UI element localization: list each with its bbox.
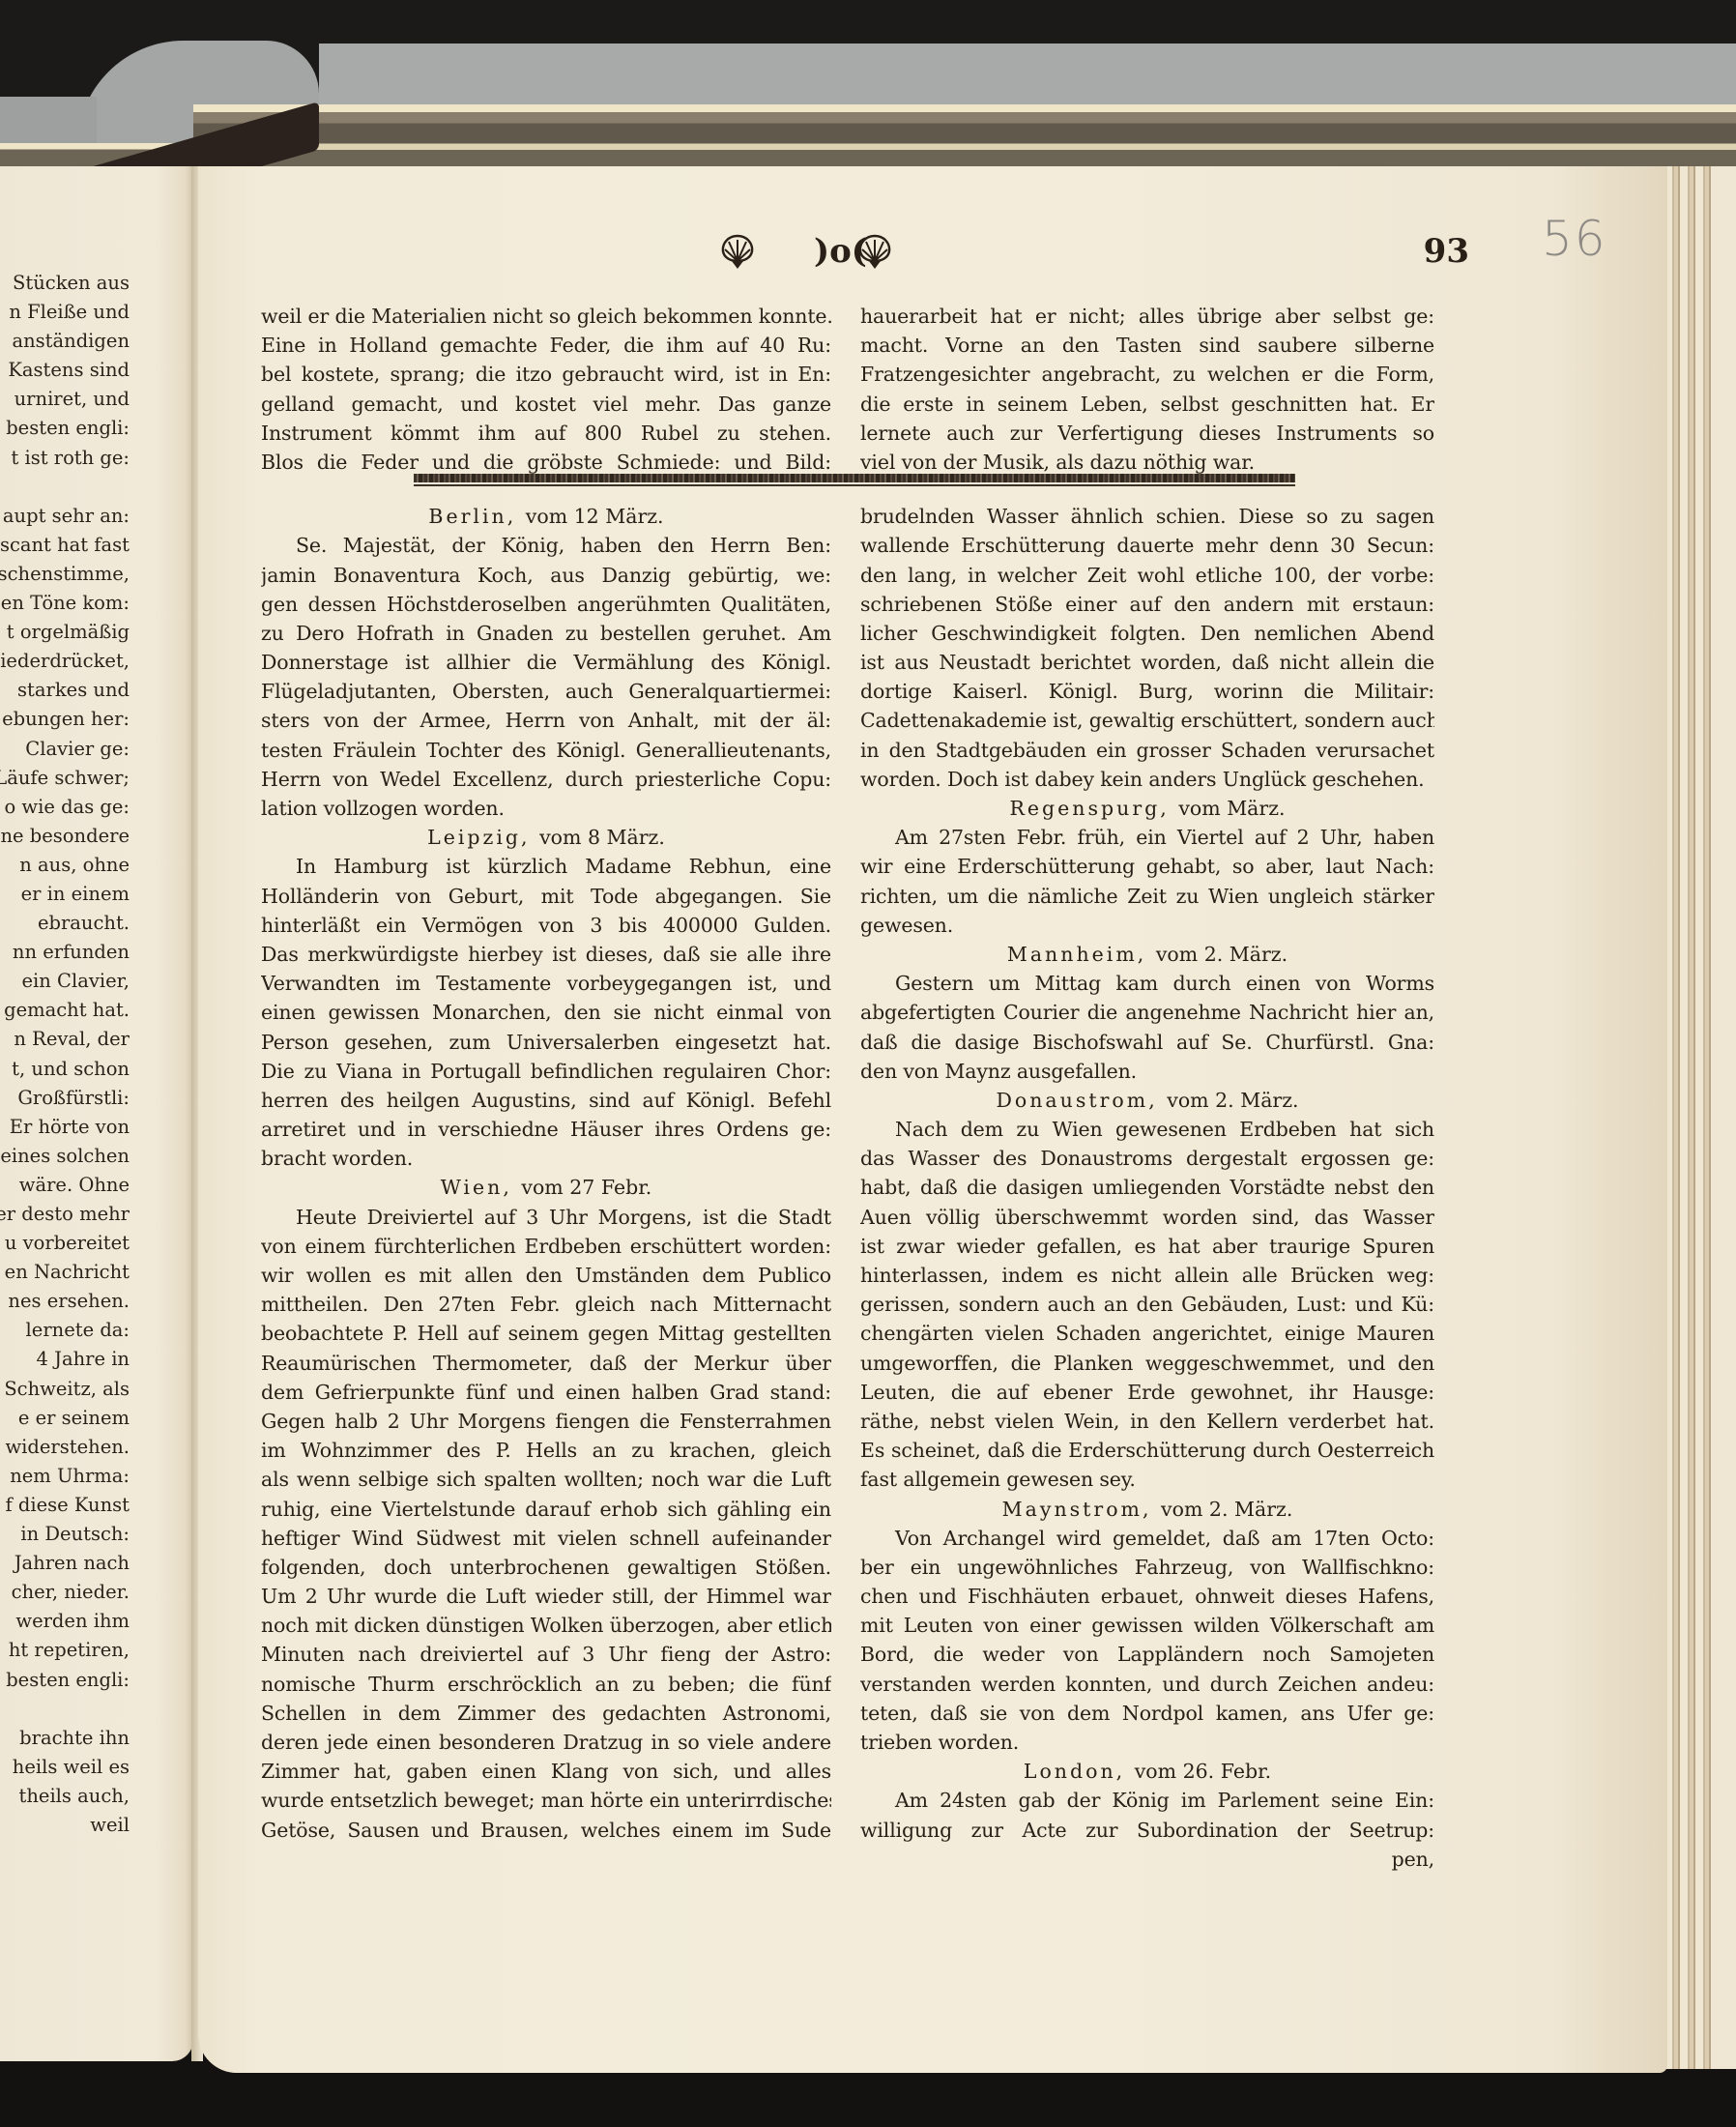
fragment-line: Großfürstli: — [0, 1084, 130, 1113]
text-line: richten, um die nämliche Zeit zu Wien un… — [860, 882, 1434, 911]
text-line: teten, daß sie von dem Nordpol kamen, an… — [860, 1699, 1434, 1728]
text-line: hauerarbeit hat er nicht; alles übrige a… — [860, 302, 1434, 331]
text-line: Es scheinet, daß die Erderschütterung du… — [860, 1436, 1434, 1465]
fragment-line: en Nachricht — [0, 1258, 130, 1287]
text-line: einen gewissen Monarchen, den sie nicht … — [261, 998, 831, 1027]
text-line: nomische Thurm erschröcklich an zu beben… — [261, 1670, 831, 1699]
fragment-line: nes ersehen. — [0, 1287, 130, 1316]
text-line: schriebenen Stöße einer auf den andern m… — [860, 590, 1434, 619]
text-line: wir wollen es mit allen den Umständen de… — [261, 1261, 831, 1290]
text-line: wir eine Erderschütterung gehabt, so abe… — [860, 852, 1434, 881]
fragment-line: n Fleiße und — [0, 298, 130, 327]
article-dateline: Berlin, vom 12 März. — [261, 502, 831, 531]
text-line: Heute Dreiviertel auf 3 Uhr Morgens, ist… — [261, 1203, 831, 1232]
fragment-line: Stücken aus — [0, 269, 130, 298]
dateline-place: Regenspurg, — [1009, 797, 1169, 820]
text-line: den von Maynz ausgefallen. — [860, 1057, 1434, 1086]
fragment-line: werden ihm — [0, 1607, 130, 1636]
text-line: Cadettenakademie ist, gewaltig erschütte… — [860, 706, 1434, 735]
text-line: Minuten nach dreiviertel auf 3 Uhr fieng… — [261, 1640, 831, 1669]
fragment-line: ht repetiren, — [0, 1636, 130, 1665]
text-line: bel kostete, sprang; die itzo gebraucht … — [261, 360, 831, 389]
fragment-line: t ist roth ge: — [0, 444, 130, 473]
rule-spacer — [860, 477, 1434, 502]
fragment-line: n aus, ohne — [0, 851, 130, 880]
dateline-date: vom 12 März. — [526, 505, 664, 528]
fragment-line: eines solchen — [0, 1142, 130, 1171]
text-line: habt, daß die dasigen umliegenden Vorstä… — [860, 1173, 1434, 1202]
text-line: Getöse, Sausen und Brausen, welches eine… — [261, 1816, 831, 1845]
fragment-line: heils weil es — [0, 1753, 130, 1782]
text-line: räthe, nebst vielen Wein, in den Kellern… — [860, 1407, 1434, 1436]
article-dateline: Maynstrom, vom 2. März. — [860, 1495, 1434, 1524]
text-line: arretiret und in verschiedne Häuser ihre… — [261, 1115, 831, 1144]
fragment-line: Er hörte von — [0, 1113, 130, 1142]
text-line: brudelnden Wasser ähnlich schien. Diese … — [860, 502, 1434, 531]
text-line: willigung zur Acte zur Subordination der… — [860, 1816, 1434, 1845]
text-line: lernete auch zur Verfertigung dieses Ins… — [860, 419, 1434, 448]
text-line: umgeworffen, die Planken weggeschwemmet,… — [860, 1349, 1434, 1378]
text-line: Das merkwürdigste hierbey ist dieses, da… — [261, 940, 831, 969]
text-line: im Wohnzimmer des P. Hells an zu krachen… — [261, 1436, 831, 1465]
text-line: Gegen halb 2 Uhr Morgens fiengen die Fen… — [261, 1407, 831, 1436]
fragment-line: u vorbereitet — [0, 1229, 130, 1258]
pencil-folio-number: 56 — [1542, 211, 1607, 267]
text-line: wallende Erschütterung dauerte mehr denn… — [860, 531, 1434, 560]
dateline-date: vom 8 März. — [539, 826, 665, 849]
page-fore-edge-outer — [1711, 166, 1736, 2069]
text-line: gen dessen Höchstderoselben angerühmten … — [261, 590, 831, 619]
fragment-line: widerstehen. — [0, 1433, 130, 1462]
text-line: dem Gefrierpunkte fünf und einen halben … — [261, 1378, 831, 1407]
article-dateline: Donaustrom, vom 2. März. — [860, 1086, 1434, 1115]
text-line: Instrument kömmt ihm auf 800 Rubel zu st… — [261, 419, 831, 448]
text-line: herren des heilgen Augustins, sind auf K… — [261, 1086, 831, 1115]
fragment-line: nem Uhrma: — [0, 1462, 130, 1491]
text-line: hinterläßt ein Vermögen von 3 bis 400000… — [261, 911, 831, 940]
article-dateline: Mannheim, vom 2. März. — [860, 940, 1434, 969]
fragment-line: gemacht hat. — [0, 996, 130, 1025]
text-line: zu Dero Hofrath in Gnaden zu bestellen g… — [261, 619, 831, 648]
text-line: ber ein ungewöhnliches Fahrzeug, von Wal… — [860, 1553, 1434, 1582]
fragment-line: er desto mehr — [0, 1200, 130, 1229]
catchword: pen, — [860, 1845, 1434, 1874]
running-header: )o( 93 — [720, 232, 1469, 277]
dateline-date: vom 2. März. — [1161, 1498, 1292, 1521]
text-line: als wenn selbige sich spalten wollten; n… — [261, 1465, 831, 1494]
fragment-line: 4 Jahre in — [0, 1345, 130, 1374]
text-line: deren jede einen besonderen Dratzug in s… — [261, 1728, 831, 1757]
fragment-line: ein Clavier, — [0, 967, 130, 996]
fragment-line: n Reval, der — [0, 1025, 130, 1054]
fragment-line: ebungen her: — [0, 705, 130, 734]
text-line: Zimmer hat, gaben einen Klang von sich, … — [261, 1757, 831, 1786]
text-line: bracht worden. — [261, 1144, 831, 1173]
text-line: weil er die Materialien nicht so gleich … — [261, 302, 831, 331]
fragment-line: starkes und — [0, 676, 130, 705]
dateline-place: Maynstrom, — [1002, 1498, 1152, 1521]
fragment-line: ischenstimme, — [0, 560, 130, 589]
article-dateline: Leipzig, vom 8 März. — [261, 823, 831, 852]
article-dateline: Wien, vom 27 Febr. — [261, 1173, 831, 1202]
text-line: Person gesehen, zum Universalerben einge… — [261, 1028, 831, 1057]
dateline-date: vom 26. Febr. — [1135, 1760, 1271, 1783]
fragment-line: scant hat fast — [0, 531, 130, 560]
fragment-line: anständigen — [0, 327, 130, 356]
text-line: gerissen, sondern auch an den Gebäuden, … — [860, 1290, 1434, 1319]
text-line: Auen völlig überschwemmt worden sind, da… — [860, 1203, 1434, 1232]
text-line: Fratzengesichter angebracht, zu welchen … — [860, 360, 1434, 389]
text-line: Se. Majestät, der König, haben den Herrn… — [261, 531, 831, 560]
fragment-line: theils auch, — [0, 1782, 130, 1811]
fragment-line: brachte ihn — [0, 1724, 130, 1753]
fragment-line: niederdrücket, — [0, 647, 130, 676]
text-line: mittheilen. Den 27ten Febr. gleich nach … — [261, 1290, 831, 1319]
fragment-line: Läufe schwer; — [0, 764, 130, 793]
dateline-place: Donaustrom, — [996, 1089, 1157, 1112]
fragment-line: besten engli: — [0, 1666, 130, 1695]
text-line: viel von der Musik, als dazu nöthig war. — [860, 448, 1434, 477]
text-line: fast allgemein gewesen sey. — [860, 1465, 1434, 1494]
text-line: den lang, in welcher Zeit wohl etliche 1… — [860, 561, 1434, 590]
fragment-line: Schweitz, als — [0, 1375, 130, 1404]
text-line: Von Archangel wird gemeldet, daß am 17te… — [860, 1524, 1434, 1553]
text-line: trieben worden. — [860, 1728, 1434, 1757]
text-line: Am 24sten gab der König im Parlement sei… — [860, 1786, 1434, 1815]
dateline-place: Wien, — [441, 1176, 512, 1199]
text-line: Nach dem zu Wien gewesenen Erdbeben hat … — [860, 1115, 1434, 1144]
fragment-line: nn erfunden — [0, 938, 130, 967]
text-line: Um 2 Uhr wurde die Luft wieder still, de… — [261, 1582, 831, 1611]
text-line: Bord, die weder von Lappländern noch Sam… — [860, 1640, 1434, 1669]
fragment-line: o wie das ge: — [0, 793, 130, 822]
text-line: Reaumürischen Thermometer, daß der Merku… — [261, 1349, 831, 1378]
text-line: heftiger Wind Südwest mit vielen schnell… — [261, 1524, 831, 1553]
dateline-date: vom 2. März. — [1167, 1089, 1298, 1112]
text-line: Die zu Viana in Portugall befindlichen r… — [261, 1057, 831, 1086]
fragment-line: Jahren nach — [0, 1549, 130, 1578]
dateline-date: vom 27 Febr. — [521, 1176, 651, 1199]
text-line: ruhig, eine Viertelstunde darauf erhob s… — [261, 1495, 831, 1524]
text-line: dortige Kaiserl. Königl. Burg, worinn di… — [860, 677, 1434, 706]
rule-spacer — [261, 477, 831, 502]
text-line: lation vollzogen worden. — [261, 794, 831, 823]
text-line: macht. Vorne an den Tasten sind saubere … — [860, 331, 1434, 360]
text-line: gelland gemacht, und kostet viel mehr. D… — [261, 390, 831, 419]
text-line: sters von der Armee, Herrn von Anhalt, m… — [261, 706, 831, 735]
shell-ornament-icon — [720, 232, 755, 271]
left-page-fragment: Stücken ausn Fleiße undanständigenKasten… — [0, 166, 193, 2061]
text-line: beobachtete P. Hell auf seinem gegen Mit… — [261, 1319, 831, 1348]
text-line: In Hamburg ist kürzlich Madame Rebhun, e… — [261, 852, 831, 881]
fragment-line: e er seinem — [0, 1404, 130, 1433]
dateline-date: vom 2. März. — [1156, 943, 1288, 966]
text-line: jamin Bonaventura Koch, aus Danzig gebür… — [261, 561, 831, 590]
book-top-edge — [193, 104, 1736, 167]
text-line: Am 27sten Febr. früh, ein Viertel auf 2 … — [860, 823, 1434, 852]
fragment-line: ne besondere — [0, 822, 130, 851]
fragment-line: Clavier ge: — [0, 735, 130, 764]
text-column-left: weil er die Materialien nicht so gleich … — [261, 302, 831, 1845]
text-line: noch mit dicken dünstigen Wolken überzog… — [261, 1611, 831, 1640]
fragment-line: lernete da: — [0, 1316, 130, 1345]
fragment-line: er in einem — [0, 880, 130, 909]
page-number: 93 — [1424, 232, 1469, 271]
text-line: die erste in seinem Leben, selbst geschn… — [860, 390, 1434, 419]
article-dateline: London, vom 26. Febr. — [860, 1757, 1434, 1786]
text-line: gewesen. — [860, 911, 1434, 940]
fragment-line — [0, 473, 130, 502]
text-line: abgefertigten Courier die angenehme Nach… — [860, 998, 1434, 1027]
fragment-line: f diese Kunst — [0, 1491, 130, 1520]
article-dateline: Regenspurg, vom März. — [860, 794, 1434, 823]
text-line: Flügeladjutanten, Obersten, auch General… — [261, 677, 831, 706]
binding-cloth — [319, 44, 1736, 111]
fragment-line: t orgelmäßig — [0, 618, 130, 647]
text-line: verstanden werden konnten, und durch Zei… — [860, 1670, 1434, 1699]
text-line: worden. Doch ist dabey kein anders Unglü… — [860, 765, 1434, 794]
dateline-place: Berlin, — [428, 505, 516, 528]
text-line: chen und Fischhäuten erbauet, ohnweit di… — [860, 1582, 1434, 1611]
text-line: Schellen in dem Zimmer des gedachten Ast… — [261, 1699, 831, 1728]
text-line: folgenden, doch unterbrochenen gewaltige… — [261, 1553, 831, 1582]
fragment-line: cher, nieder. — [0, 1578, 130, 1607]
fragment-line: wäre. Ohne — [0, 1171, 130, 1200]
text-line: von einem fürchterlichen Erdbeben erschü… — [261, 1232, 831, 1261]
text-line: Verwandten im Testamente vorbeygegangen … — [261, 969, 831, 998]
text-line: Blos die Feder und die gröbste Schmiede:… — [261, 448, 831, 477]
text-column-right: hauerarbeit hat er nicht; alles übrige a… — [860, 302, 1434, 1874]
text-line: chengärten vielen Schaden angerichtet, e… — [860, 1319, 1434, 1348]
text-line: wurde entsetzlich beweget; man hörte ein… — [261, 1786, 831, 1815]
fragment-line: Kastens sind — [0, 356, 130, 385]
text-line: ist zwar wieder gefallen, es hat aber tr… — [860, 1232, 1434, 1261]
dateline-date: vom März. — [1178, 797, 1285, 820]
fragment-line: besten engli: — [0, 414, 130, 443]
left-page-text: Stücken ausn Fleiße undanständigenKasten… — [0, 269, 130, 1840]
fragment-line: en Töne kom: — [0, 589, 130, 618]
text-line: ist aus Neustadt berichtet worden, daß n… — [860, 648, 1434, 677]
fragment-line: t, und schon — [0, 1055, 130, 1084]
text-line: Herrn von Wedel Excellenz, durch prieste… — [261, 765, 831, 794]
text-line: daß die dasige Bischofswahl auf Se. Chur… — [860, 1028, 1434, 1057]
fragment-line: urniret, und — [0, 385, 130, 414]
text-line: in den Stadtgebäuden ein grosser Schaden… — [860, 736, 1434, 765]
text-line: hinterlassen, indem es nicht allein alle… — [860, 1261, 1434, 1290]
text-line: licher Geschwindigkeit folgten. Den neml… — [860, 619, 1434, 648]
fragment-line: in Deutsch: — [0, 1520, 130, 1549]
text-line: Holländerin von Geburt, mit Tode abgegan… — [261, 882, 831, 911]
text-line: testen Fräulein Tochter des Königl. Gene… — [261, 736, 831, 765]
text-line: Donnerstage ist allhier die Vermählung d… — [261, 648, 831, 677]
dateline-place: Mannheim, — [1007, 943, 1146, 966]
text-line: Leuten, die auf ebener Erde gewohnet, ih… — [860, 1378, 1434, 1407]
shell-ornament-icon — [857, 232, 892, 271]
fragment-line — [0, 1695, 130, 1724]
text-line: Eine in Holland gemachte Feder, die ihm … — [261, 331, 831, 360]
text-line: Gestern um Mittag kam durch einen von Wo… — [860, 969, 1434, 998]
text-line: mit Leuten von einer gewissen wilden Völ… — [860, 1611, 1434, 1640]
fragment-line: ebraucht. — [0, 909, 130, 938]
dateline-place: London, — [1024, 1760, 1125, 1783]
dateline-place: Leipzig, — [427, 826, 530, 849]
binding-cloth-left — [0, 97, 97, 145]
fragment-line: weil — [0, 1811, 130, 1840]
fragment-line: aupt sehr an: — [0, 502, 130, 531]
text-line: das Wasser des Donaustroms dergestalt er… — [860, 1144, 1434, 1173]
